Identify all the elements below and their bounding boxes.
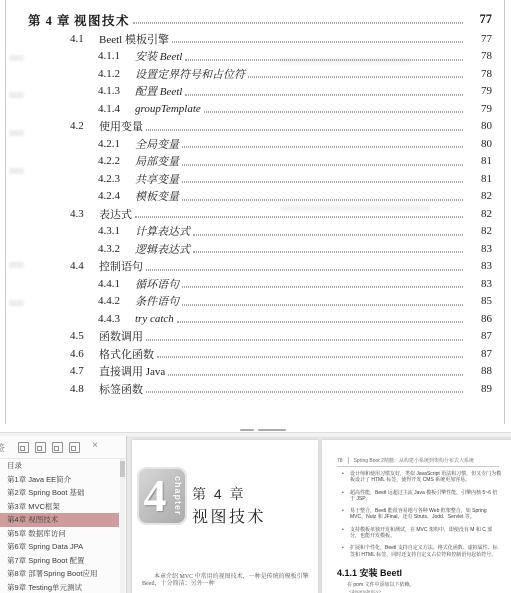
bookmarks-scrollbar-thumb[interactable] (120, 461, 125, 477)
dot-leader (248, 77, 463, 78)
toc-entry-number: 4.3.2 (98, 243, 128, 255)
toc-entry: 4.4.1 循环语句 83 (0, 275, 511, 293)
toc-entry-title: 模板变量 (135, 188, 179, 204)
toc-entry-number: 4.1.2 (98, 68, 128, 80)
toc-entry-title: 函数调用 (99, 328, 143, 344)
toc-entry: 4.2.4 模板变量 82 (0, 188, 511, 206)
toc-entry: 4.1 Beetl 模板引擎 77 (0, 30, 511, 48)
bookmarks-panel-label: 签 (0, 441, 5, 454)
section-heading: 4.1.1 安装 Beetl (337, 566, 402, 579)
bookmark-item[interactable]: 第2章 Spring Boot 基础 (0, 486, 119, 500)
document-viewer: 4 chapter 第 4 章 视图技术 本章介绍 MVC 中常用的视图技术，一… (127, 436, 511, 593)
toc-entry-title: 标签函数 (99, 381, 143, 397)
bookmarks-toolbar (18, 442, 80, 453)
chapter-badge: 4 chapter (137, 467, 187, 525)
toc-entry: 4.4.2 条件语句 85 (0, 293, 511, 311)
bookmark-item[interactable]: 第3章 MVC框架 (0, 500, 119, 514)
toc-entry-number: 第 4 章 (28, 11, 74, 29)
toc-entry-title: Beetl 模板引擎 (99, 31, 169, 47)
toc-entry-title: groupTemplate (135, 103, 201, 115)
dot-leader (146, 269, 463, 270)
toc-entry-number: 4.2.2 (98, 155, 128, 167)
toc-entry-number: 4.4.3 (98, 313, 128, 325)
bookmark-item[interactable]: 第8章 部署Spring Boot应用 (0, 567, 119, 581)
toc-entry-page: 81 (466, 155, 492, 167)
bookmark-item[interactable]: 第9章 Testing单元测试 (0, 581, 119, 593)
dot-leader (185, 59, 463, 60)
toc-entry-number: 4.2.3 (98, 173, 128, 185)
toc-entry-number: 4.8 (70, 383, 92, 395)
toc-entry-title: 计算表达式 (135, 223, 190, 239)
page-running-header: 78 Spring Boot 2精髓：从构建小系统到架构分布式大系统 (337, 457, 499, 464)
bookmarks-scrollbar[interactable] (120, 459, 125, 593)
page-chapter-opener: 4 chapter 第 4 章 视图技术 本章介绍 MVC 中常用的视图技术，一… (132, 440, 318, 593)
toc-entry-page: 85 (466, 295, 492, 307)
toc-entry-title: 表达式 (99, 206, 132, 222)
toc-entry-page: 86 (466, 313, 492, 325)
toc-entry-page: 83 (466, 260, 492, 272)
book-title: Spring Boot 2精髓：从构建小系统到架构分布式大系统 (348, 457, 474, 464)
toc-entry: 4.1.2 设置定界符号和占位符 78 (0, 65, 511, 83)
toc-entry-page: 83 (466, 243, 492, 255)
expand-bookmarks-icon[interactable] (18, 442, 29, 453)
toc-entry-page: 81 (466, 173, 492, 185)
toc-entry-page: 82 (466, 225, 492, 237)
toc-entry-title: 直接调用 Java (99, 363, 165, 379)
toc-entry-number: 4.1 (70, 33, 92, 45)
toc-entry-page: 77 (466, 33, 492, 45)
dot-leader (193, 252, 463, 253)
feature-bullet: 支持模板单独开发和测试，在 MVC 架构中，即使没有 M 和 C 部分，也能开发… (350, 527, 502, 540)
toc-entry: 4.4.3 try catch 86 (0, 310, 511, 328)
toc-page: 第 4 章 视图技术 77 4.1 Beetl 模板引擎 77 4.1.1 安装… (0, 0, 511, 432)
divider-artifact (240, 429, 254, 431)
toc-entry-number: 4.2.4 (98, 190, 128, 202)
chapter-intro-text: 本章介绍 MVC 中常用的视图技术，一种是传统的模板引擎 Beetl，十分简洁；… (142, 574, 310, 588)
dot-leader (182, 287, 463, 288)
header-rule (337, 466, 499, 467)
toc-entry-page: 83 (466, 278, 492, 290)
toc-entry-page: 80 (466, 138, 492, 150)
bookmarks-panel-header: 签 × (0, 436, 126, 459)
bookmark-item[interactable]: 第4章 视图技术 (0, 513, 119, 527)
divider-artifact (258, 429, 286, 431)
toc-entry: 4.2.3 共享变量 81 (0, 170, 511, 188)
toc-entry-title: 设置定界符号和占位符 (135, 66, 245, 82)
toc-entry: 4.4 控制语句 83 (0, 258, 511, 276)
dot-leader (146, 129, 463, 130)
feature-bullet: 超高性能，Beetl 远超过主流 Java 模板引擎性能，引擎内核 5~6 倍于… (350, 490, 502, 503)
dot-leader (193, 234, 463, 235)
dot-leader (133, 23, 463, 24)
dot-leader (182, 182, 463, 183)
chapter-label: 第 4 章 (192, 484, 246, 504)
toc-entry-number: 4.1.3 (98, 85, 128, 97)
toc-entry-title: 视图技术 (74, 11, 130, 29)
toc-entry: 4.3 表达式 82 (0, 205, 511, 223)
toc-entry-title: 格式化函数 (99, 346, 154, 362)
chapter-title: 视图技术 (192, 504, 266, 527)
toc-entry-page: 87 (466, 330, 492, 342)
dot-leader (157, 357, 463, 358)
toc-entry-number: 4.2.1 (98, 138, 128, 150)
toc-entry-number: 4.3 (70, 208, 92, 220)
toc-entry-title: 共享变量 (135, 171, 179, 187)
dot-leader (182, 164, 463, 165)
dot-leader (182, 199, 463, 200)
dot-leader (182, 304, 463, 305)
toc-entry-title: 局部变量 (135, 153, 179, 169)
collapse-bookmarks-icon[interactable] (35, 442, 46, 453)
section-body-text: 在 pom 文件中添加以下依赖。 (347, 581, 415, 588)
toc-entry-page: 79 (466, 103, 492, 115)
close-panel-icon[interactable]: × (89, 439, 101, 453)
toc-entry-number: 4.1.4 (98, 103, 128, 115)
toc-entry-number: 4.2 (70, 120, 92, 132)
toc-entry-page: 82 (466, 190, 492, 202)
toc-entry: 4.3.1 计算表达式 82 (0, 223, 511, 241)
toc-entry-title: 配置 Beetl (135, 83, 182, 99)
toc-entry-number: 4.7 (70, 365, 92, 377)
toc-entry-page: 88 (466, 365, 492, 377)
feature-bullet: 扩展和个性化，Beetl 支持自定义方法、格式化函数、虚拟属性、标签和 HTML… (350, 545, 502, 558)
dot-leader (177, 322, 463, 323)
toc-entry-page: 78 (466, 68, 492, 80)
toc-entry: 4.6 格式化函数 87 (0, 345, 511, 363)
chapter-badge-number: 4 (137, 467, 173, 525)
dot-leader (204, 112, 463, 113)
toc-entry-page: 79 (466, 85, 492, 97)
toc-entry: 4.1.4 groupTemplate 79 (0, 100, 511, 118)
bookmark-item[interactable]: 第7章 Spring Boot 配置 (0, 554, 119, 568)
toc-entry: 4.5 函数调用 87 (0, 328, 511, 346)
dot-leader (182, 147, 463, 148)
toc-entry: 4.7 直接调用 Java 88 (0, 363, 511, 381)
bookmark-list: 目录 第1章 Java EE简介 第2章 Spring Boot 基础 第3章 … (0, 459, 119, 593)
toc-entry-number: 4.4 (70, 260, 92, 272)
bookmark-item[interactable]: 第5章 数据库访问 (0, 527, 119, 541)
page-content: 78 Spring Boot 2精髓：从构建小系统到架构分布式大系统 设计师和使… (322, 440, 511, 593)
toc-entry: 4.8 标签函数 89 (0, 380, 511, 398)
feature-bullet: 设计师和使用习惯友好，类似 JavaScript 语法和习惯，但又专门为模板设计… (350, 471, 502, 484)
toc-entry-title: 逻辑表达式 (135, 241, 190, 257)
screenshot-root: 第 4 章 视图技术 77 4.1 Beetl 模板引擎 77 4.1.1 安装… (0, 0, 511, 593)
toc-entry-page: 89 (466, 383, 492, 395)
bookmark-item[interactable]: 目录 (0, 459, 119, 473)
toc-entry: 4.3.2 逻辑表达式 83 (0, 240, 511, 258)
toc-entry-title: 循环语句 (135, 276, 179, 292)
toc-entry-title: 控制语句 (99, 258, 143, 274)
toc-entry-title: 安装 Beetl (135, 48, 182, 64)
dot-leader (146, 339, 463, 340)
toc-entry-page: 80 (466, 120, 492, 132)
bookmark-item[interactable]: 第1章 Java EE简介 (0, 473, 119, 487)
toc-entry-number: 4.6 (70, 348, 92, 360)
toc-list: 第 4 章 视图技术 77 4.1 Beetl 模板引擎 77 4.1.1 安装… (0, 9, 511, 398)
toc-entry: 4.1.1 安装 Beetl 78 (0, 48, 511, 66)
toc-entry-number: 4.4.1 (98, 278, 128, 290)
feature-bullet: 易于整合，Beetl 能很容易地与各种 Web 框架整合，如 Spring MV… (350, 508, 502, 521)
toc-entry: 4.2 使用变量 80 (0, 118, 511, 136)
page-number: 78 (337, 458, 343, 464)
toc-entry-title: 使用变量 (99, 118, 143, 134)
toc-entry-page: 82 (466, 208, 492, 220)
next-bookmark-icon[interactable] (69, 442, 80, 453)
dot-leader (135, 217, 463, 218)
toc-entry-title: 全局变量 (135, 136, 179, 152)
toc-entry-number: 4.3.1 (98, 225, 128, 237)
dot-leader (168, 374, 463, 375)
toc-entry-page: 87 (466, 348, 492, 360)
toc-entry-title: 条件语句 (135, 293, 179, 309)
toc-entry: 4.2.1 全局变量 80 (0, 135, 511, 153)
toc-entry-page: 77 (466, 12, 492, 27)
dot-leader (146, 392, 463, 393)
bookmark-item[interactable]: 第6章 Spring Data JPA (0, 540, 119, 554)
feature-bullet-list: 设计师和使用习惯友好，类似 JavaScript 语法和习惯，但又专门为模板设计… (350, 471, 502, 564)
chapter-badge-text: chapter (173, 476, 187, 516)
dot-leader (172, 42, 463, 43)
toc-entry-number: 4.5 (70, 330, 92, 342)
toc-entry: 第 4 章 视图技术 77 (0, 9, 511, 30)
toc-entry-title: try catch (135, 313, 174, 325)
toc-entry-page: 78 (466, 50, 492, 62)
toc-entry-number: 4.4.2 (98, 295, 128, 307)
toc-entry: 4.1.3 配置 Beetl 79 (0, 83, 511, 101)
toc-entry: 4.2.2 局部变量 81 (0, 153, 511, 171)
bookmarks-panel: 签 × 目录 第1章 Java EE简介 第2章 Spring Boot 基础 (0, 436, 127, 593)
previous-bookmark-icon[interactable] (52, 442, 63, 453)
dot-leader (185, 94, 463, 95)
toc-entry-number: 4.1.1 (98, 50, 128, 62)
pdf-reader-window: 签 × 目录 第1章 Java EE简介 第2章 Spring Boot 基础 (0, 436, 511, 593)
